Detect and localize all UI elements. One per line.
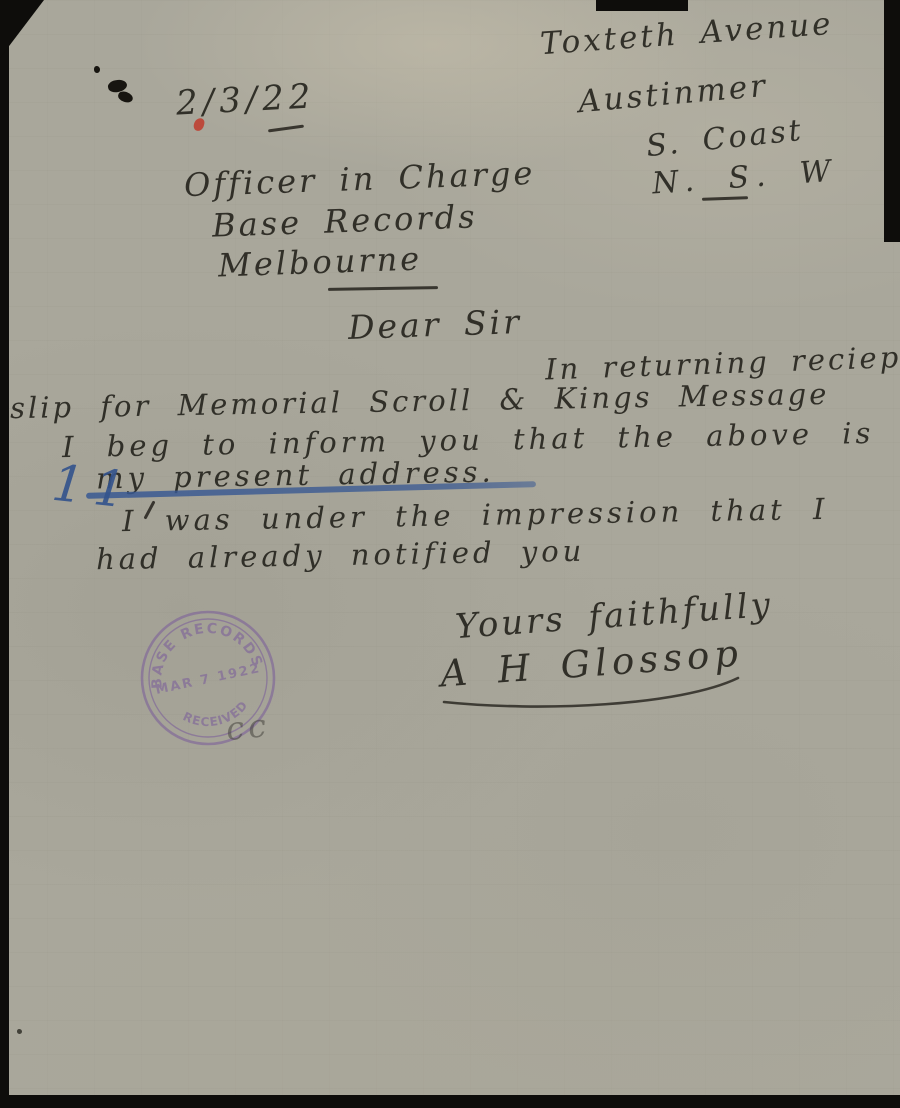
signature-flourish: [430, 668, 760, 714]
letter-date: 2/3/22: [175, 76, 316, 123]
paper-speck: [17, 1029, 22, 1034]
pencil-annotation: cc: [224, 706, 272, 748]
recipient-line: Melbourne: [217, 239, 422, 284]
scanned-letter-page: Toxteth Avenue Austinmer S. Coast N. S. …: [0, 0, 900, 1108]
scan-edge-top-notch: [596, 0, 688, 11]
paper-speck: [94, 66, 100, 73]
scan-edge-bottom: [0, 1095, 900, 1108]
salutation: Dear Sir: [347, 302, 522, 347]
margin-annotation: 11: [49, 454, 138, 520]
scan-edge-left: [0, 0, 9, 1108]
scan-edge-right: [884, 0, 900, 242]
stamp-date: MAR 7 1922: [154, 661, 262, 698]
